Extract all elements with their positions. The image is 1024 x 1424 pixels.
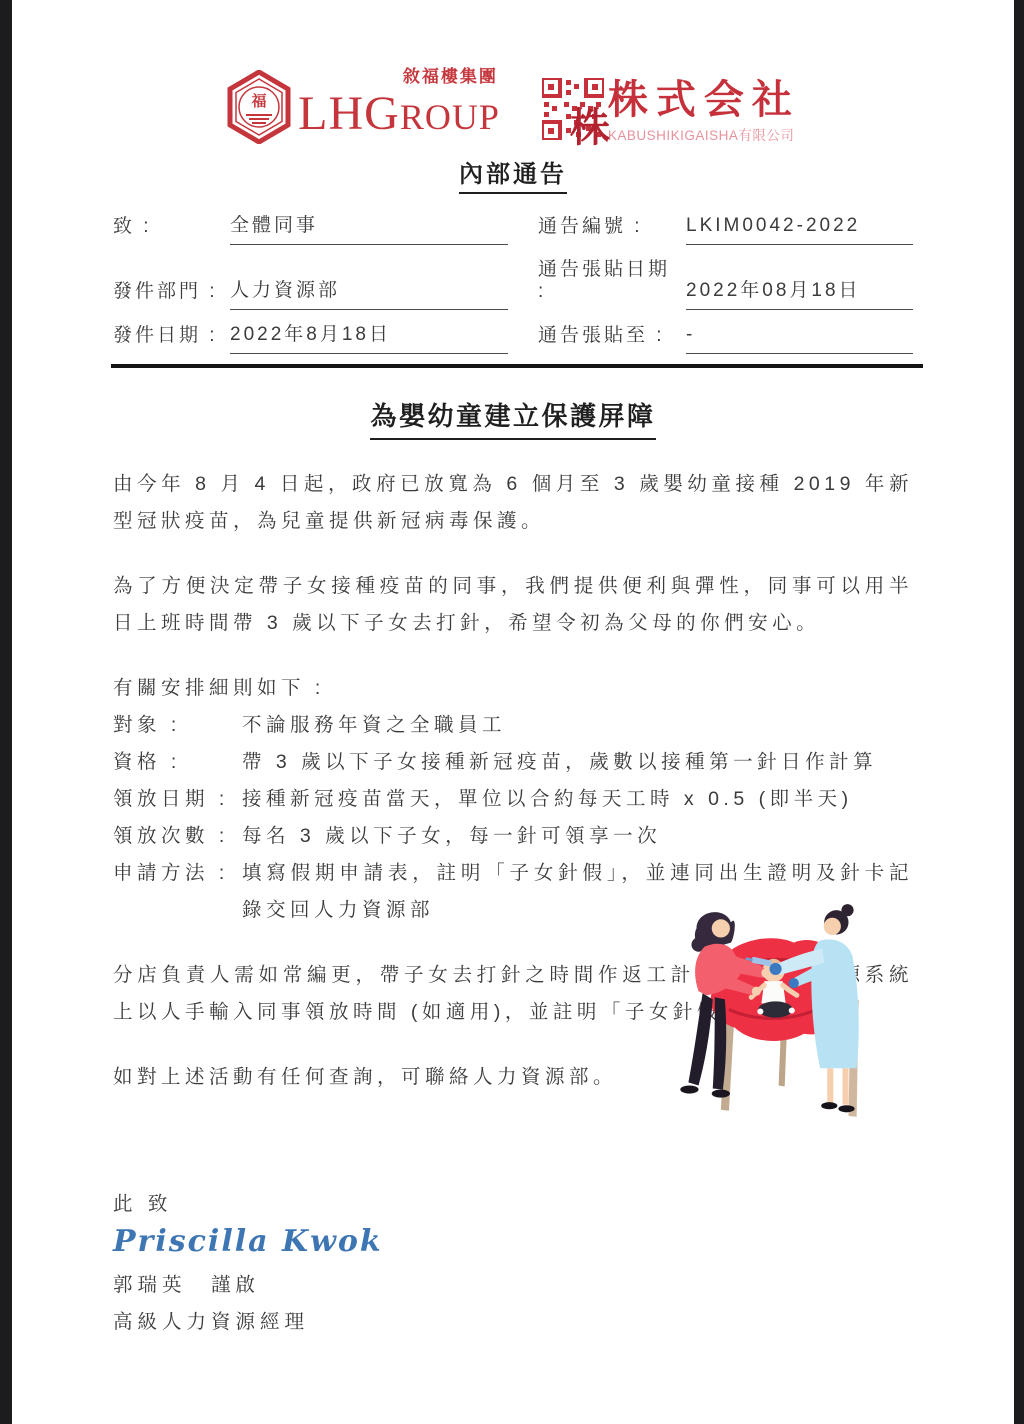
meta-label-dept: 發件部門 : xyxy=(113,276,230,310)
kabushikigaisha-text: 株式会社 KABUSHIKIGAISHA有限公司 xyxy=(608,78,800,144)
lhgroup-wordmark-lhg: LHG xyxy=(298,87,400,140)
details-heading: 有關安排細則如下 : xyxy=(113,670,913,707)
meta-label-to: 致 : xyxy=(113,211,230,245)
signer-name: 郭瑞英 謹啟 xyxy=(113,1269,1014,1297)
closing-salute: 此 致 xyxy=(113,1188,1014,1216)
detail-text: 接種新冠疫苗當天，單位以合約每天工時 x 0.5 (即半天) xyxy=(242,781,913,818)
photo-background: 福 敘福樓集團 LHGROUP xyxy=(0,0,1024,1424)
notice-title: 為嬰幼童建立保護屏障 xyxy=(370,396,655,440)
meta-value-to: 全體同事 xyxy=(230,210,508,245)
detail-text: 帶 3 歲以下子女接種新冠疫苗，歲數以接種第一針日作計算 xyxy=(242,744,913,781)
paragraph-benefit: 為了方便決定帶子女接種疫苗的同事，我們提供便利與彈性，同事可以用半日上班時間帶 … xyxy=(113,568,913,642)
closing-block: 此 致 Priscilla Kwok 郭瑞英 謹啟 高級人力資源經理 xyxy=(113,1188,1014,1334)
detail-label: 資格 : xyxy=(113,744,242,781)
lhgroup-wordmark-roup: ROUP xyxy=(400,97,500,137)
doc-type-wrap: 內部通告 xyxy=(12,154,1014,194)
kabu-overlay-character: 株 xyxy=(570,108,610,148)
svg-text:福: 福 xyxy=(251,92,267,110)
detail-text: 不論服務年資之全職員工 xyxy=(242,707,913,744)
detail-row-target: 對象 : 不論服務年資之全職員工 xyxy=(113,707,913,744)
meta-value-post-until: - xyxy=(686,324,913,354)
detail-row-eligibility: 資格 : 帶 3 歲以下子女接種新冠疫苗，歲數以接種第一針日作計算 xyxy=(113,744,913,781)
meta-label-notice-no: 通告編號 : xyxy=(538,211,686,245)
divider-rule xyxy=(111,364,923,368)
kabushikigaisha-logo: 株 株式会社 KABUSHIKIGAISHA有限公司 xyxy=(542,78,800,144)
handwritten-signature: Priscilla Kwok xyxy=(113,1224,1014,1259)
child-vaccination-illustration xyxy=(662,898,880,1126)
meta-row: 致 : 全體同事 通告編號 : LKIM0042-2022 xyxy=(113,210,913,245)
detail-row-leave-times: 領放次數 : 每名 3 歲以下子女，每一針可領享一次 xyxy=(113,818,913,855)
doc-type-heading: 內部通告 xyxy=(459,154,567,194)
paragraph-intro: 由今年 8 月 4 日起，政府已放寬為 6 個月至 3 歲嬰幼童接種 2019 … xyxy=(113,466,913,540)
meta-value-dept: 人力資源部 xyxy=(230,275,508,310)
doc-title-wrap: 為嬰幼童建立保護屏障 xyxy=(12,396,1014,440)
notice-meta-form: 致 : 全體同事 通告編號 : LKIM0042-2022 發件部門 : 人力資… xyxy=(113,210,913,354)
meta-label-issue-date: 發件日期 : xyxy=(113,320,230,354)
meta-value-post-date: 2022年08月18日 xyxy=(686,275,913,310)
detail-row-leave-date: 領放日期 : 接種新冠疫苗當天，單位以合約每天工時 x 0.5 (即半天) xyxy=(113,781,913,818)
qr-code-icon: 株 xyxy=(542,78,604,140)
kabushikigaisha-name: 株式会社 xyxy=(608,78,800,122)
meta-label-post-date: 通告張貼日期 : xyxy=(538,254,686,310)
detail-label: 對象 : xyxy=(113,707,242,744)
meta-value-notice-no: LKIM0042-2022 xyxy=(686,215,913,245)
meta-value-issue-date: 2022年8月18日 xyxy=(230,319,508,354)
lhgroup-chinese-name: 敘福樓集團 xyxy=(403,68,498,85)
detail-label: 領放次數 : xyxy=(113,818,242,855)
kabushikigaisha-subtitle: KABUSHIKIGAISHA有限公司 xyxy=(608,124,800,144)
meta-row: 發件部門 : 人力資源部 通告張貼日期 : 2022年08月18日 xyxy=(113,254,913,310)
detail-text: 每名 3 歲以下子女，每一針可領享一次 xyxy=(242,818,913,855)
meta-label-post-until: 通告張貼至 : xyxy=(538,320,686,354)
meta-row: 發件日期 : 2022年8月18日 通告張貼至 : - xyxy=(113,319,913,354)
notice-document-page: 福 敘福樓集團 LHGROUP xyxy=(12,0,1014,1424)
signer-job-title: 高級人力資源經理 xyxy=(113,1306,1014,1334)
lhgroup-logo: 福 敘福樓集團 LHGROUP xyxy=(226,70,500,144)
detail-label: 申請方法 : xyxy=(113,855,242,929)
lhgroup-wordmark: 敘福樓集團 LHGROUP xyxy=(298,76,500,138)
document-header: 福 敘福樓集團 LHGROUP xyxy=(12,0,1014,144)
detail-label: 領放日期 : xyxy=(113,781,242,818)
lhgroup-seal-icon: 福 xyxy=(226,70,292,144)
